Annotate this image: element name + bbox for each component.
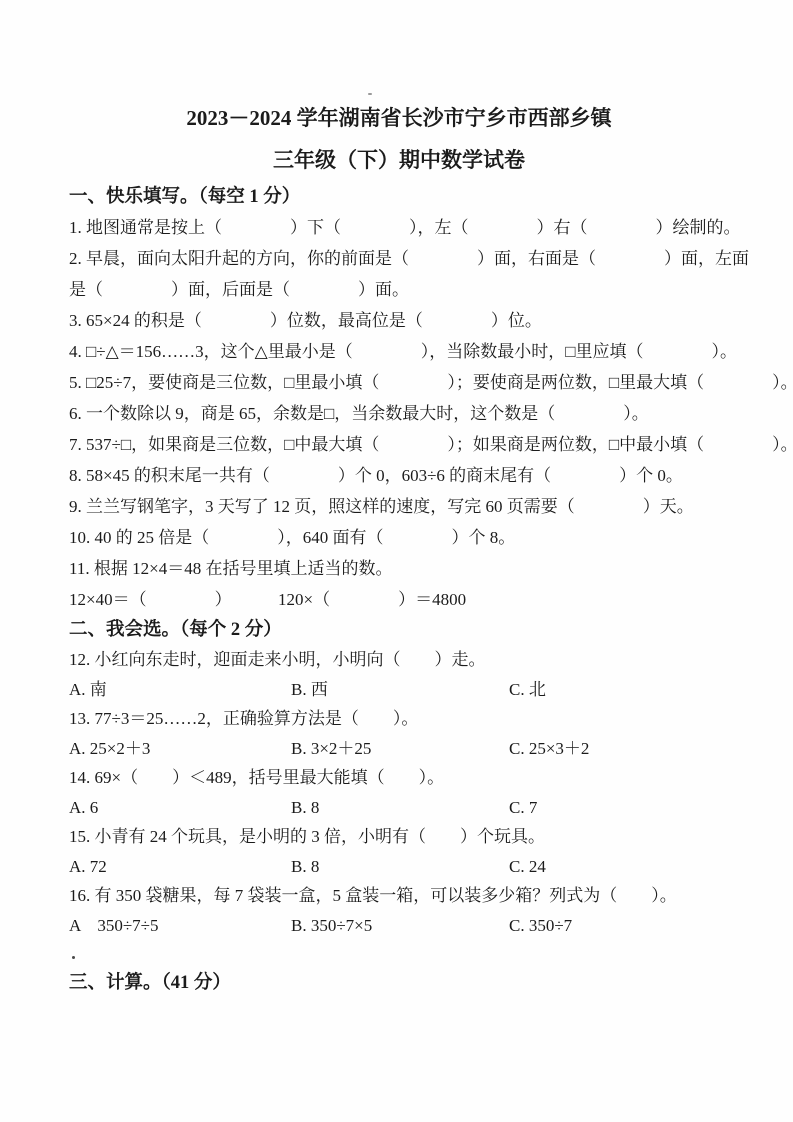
question-6: 6. 一个数除以 9，商是 65，余数是□，当余数最大时，这个数是（ ）。 xyxy=(69,398,729,429)
q12-option-b: B. 西 xyxy=(291,675,509,705)
paper-title-line1: 2023－2024 学年湖南省长沙市宁乡市西部乡镇 xyxy=(69,104,729,132)
question-12-options: A. 南 B. 西 C. 北 xyxy=(69,675,729,705)
question-2: 2. 早晨，面向太阳升起的方向，你的前面是（ ）面，右面是（ ）面，左面 xyxy=(69,243,729,274)
question-5: 5. □25÷7，要使商是三位数，□里最小填（ ）；要使商是两位数，□里最大填（… xyxy=(69,367,729,398)
question-7: 7. 537÷□，如果商是三位数，□中最大填（ ）；如果商是两位数，□中最小填（… xyxy=(69,429,729,460)
q16-option-c: C. 350÷7 xyxy=(509,911,729,941)
question-15: 15. 小青有 24 个玩具，是小明的 3 倍，小明有（ ）个玩具。 xyxy=(69,822,729,852)
q13-option-b: B. 3×2＋25 xyxy=(291,734,509,764)
question-15-options: A. 72 B. 8 C. 24 xyxy=(69,852,729,882)
question-16-options: A 350÷7÷5 B. 350÷7×5 C. 350÷7 xyxy=(69,911,729,941)
question-12: 12. 小红向东走时，迎面走来小明，小明向（ ）走。 xyxy=(69,645,729,675)
q14-option-b: B. 8 xyxy=(291,793,509,823)
section-fill-in-heading: 一、快乐填写。（每空 1 分） xyxy=(69,182,729,212)
question-4: 4. □÷△＝156……3，这个△里最小是（ ），当除数最小时，□里应填（ ）。 xyxy=(69,336,729,367)
question-13-options: A. 25×2＋3 B. 3×2＋25 C. 25×3＋2 xyxy=(69,734,729,764)
paper-content: 2023－2024 学年湖南省长沙市宁乡市西部乡镇 三年级（下）期中数学试卷 一… xyxy=(69,104,729,998)
q13-option-c: C. 25×3＋2 xyxy=(509,734,729,764)
scan-artifact-speck xyxy=(368,93,372,95)
section-choice-heading: 二、我会选。（每个 2 分） xyxy=(69,615,729,645)
q16-option-a: A 350÷7÷5 xyxy=(69,911,291,941)
question-11-equation-row: 12×40＝（ ） 120×（ ）＝4800 xyxy=(69,584,729,615)
question-2-continuation: 是（ ）面，后面是（ ）面。 xyxy=(69,274,729,305)
question-14: 14. 69×（ ）＜489，括号里最大能填（ ）。 xyxy=(69,763,729,793)
question-3: 3. 65×24 的积是（ ）位数，最高位是（ ）位。 xyxy=(69,305,729,336)
paper-title-line2: 三年级（下）期中数学试卷 xyxy=(69,146,729,174)
q14-option-a: A. 6 xyxy=(69,793,291,823)
q15-option-b: B. 8 xyxy=(291,852,509,882)
question-16: 16. 有 350 袋糖果，每 7 袋装一盒，5 盒装一箱，可以装多少箱？列式为… xyxy=(69,881,729,911)
q16-option-b: B. 350÷7×5 xyxy=(291,911,509,941)
q15-option-a: A. 72 xyxy=(69,852,291,882)
scan-artifact-dot xyxy=(72,956,75,959)
choice-section: 12. 小红向东走时，迎面走来小明，小明向（ ）走。 A. 南 B. 西 C. … xyxy=(69,645,729,940)
q14-option-c: C. 7 xyxy=(509,793,729,823)
question-11-equation-right: 120×（ ）＝4800 xyxy=(278,584,729,615)
section-calc-heading: 三、计算。（41 分） xyxy=(69,968,729,998)
question-11-equation-left: 12×40＝（ ） xyxy=(69,584,278,615)
question-8: 8. 58×45 的积末尾一共有（ ）个 0，603÷6 的商末尾有（ ）个 0… xyxy=(69,460,729,491)
question-9: 9. 兰兰写钢笔字，3 天写了 12 页，照这样的速度，写完 60 页需要（ ）… xyxy=(69,491,729,522)
q13-option-a: A. 25×2＋3 xyxy=(69,734,291,764)
question-14-options: A. 6 B. 8 C. 7 xyxy=(69,793,729,823)
question-11: 11. 根据 12×4＝48 在括号里填上适当的数。 xyxy=(69,553,729,584)
question-10: 10. 40 的 25 倍是（ ），640 面有（ ）个 8。 xyxy=(69,522,729,553)
question-1: 1. 地图通常是按上（ ）下（ ），左（ ）右（ ）绘制的。 xyxy=(69,212,729,243)
exam-paper-page: 2023－2024 学年湖南省长沙市宁乡市西部乡镇 三年级（下）期中数学试卷 一… xyxy=(0,0,793,1122)
q12-option-c: C. 北 xyxy=(509,675,729,705)
q15-option-c: C. 24 xyxy=(509,852,729,882)
question-13: 13. 77÷3＝25……2，正确验算方法是（ ）。 xyxy=(69,704,729,734)
q12-option-a: A. 南 xyxy=(69,675,291,705)
